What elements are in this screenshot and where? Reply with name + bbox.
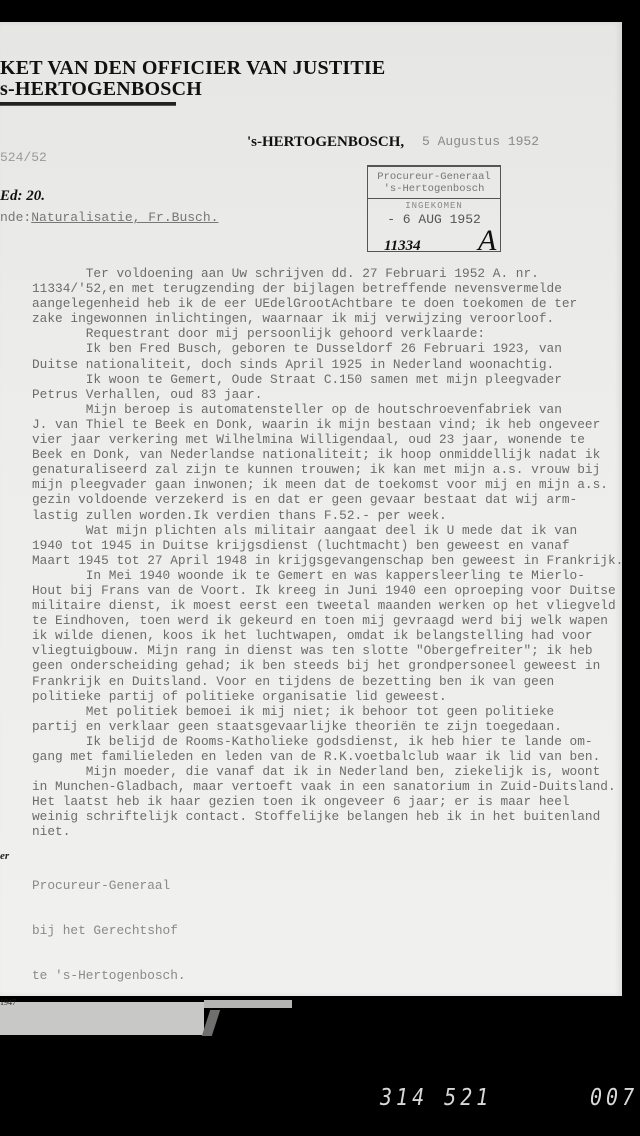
- body-line: Ter voldoening aan Uw schrijven dd. 27 F…: [32, 266, 612, 281]
- letterhead-underline: [0, 102, 176, 106]
- subject-text: Naturalisatie, Fr.Busch.: [31, 210, 218, 225]
- addressee-line: te 's-Hertogenbosch.: [32, 968, 186, 983]
- body-line: lastig zullen worden.Ik verdien thans F.…: [32, 508, 612, 523]
- stamp-handwritten-number: 11334: [384, 238, 421, 255]
- body-line: zake ingewonnen inlichtingen, waarnaar i…: [32, 311, 612, 326]
- body-line: in Munchen-Gladbach, maar vertoeft vaak …: [32, 779, 612, 794]
- body-line: Ik woon te Gemert, Oude Straat C.150 sam…: [32, 372, 612, 387]
- letter-place: 's-HERTOGENBOSCH,: [247, 134, 404, 151]
- body-line: mijn pleegvader gaan inwonen; ik meen da…: [32, 477, 612, 492]
- body-line: J. van Thiel te Beek en Donk, waarin ik …: [32, 417, 612, 432]
- body-line: Maart 1945 tot 27 April 1948 in krijgsge…: [32, 553, 612, 568]
- body-line: weinig schriftelijk contact. Stoffelijke…: [32, 809, 612, 824]
- body-line: In Mei 1940 woonde ik te Gemert en was k…: [32, 568, 612, 583]
- addressee-line: bij het Gerechtshof: [32, 923, 186, 938]
- form-year: 1947: [0, 998, 16, 1007]
- body-line: geen onderscheiding gehad; ik ben steeds…: [32, 658, 612, 673]
- body-line: partij en verklaar geen staatsgevaarlijk…: [32, 719, 612, 734]
- body-line: Het laatst heb ik haar gezien toen ik on…: [32, 794, 612, 809]
- body-line: Requestrant door mij persoonlijk gehoord…: [32, 326, 612, 341]
- body-line: Wat mijn plichten als militair aangaat d…: [32, 523, 612, 538]
- subject-prefix: nde:: [0, 210, 31, 225]
- addressee-block: Procureur-Generaal bij het Gerechtshof t…: [32, 848, 186, 998]
- letter-body: Ter voldoening aan Uw schrijven dd. 27 F…: [32, 266, 612, 840]
- stamp-received-label: INGEKOMEN: [368, 201, 500, 211]
- microfilm-counter: 314 521: [380, 1083, 492, 1111]
- body-line: aangelegenheid heb ik de eer UEdelGrootA…: [32, 296, 612, 311]
- body-line: Duitse nationaliteit, doch sinds April 1…: [32, 357, 612, 372]
- addressee-line: Procureur-Generaal: [32, 878, 186, 893]
- body-line: Petrus Verhallen, oud 83 jaar.: [32, 387, 612, 402]
- body-line: genaturaliseerd zal zijn te kunnen trouw…: [32, 462, 612, 477]
- stamp-initials-signature: A: [478, 224, 496, 258]
- body-line: 11334/'52,en met terugzending der bijlag…: [32, 281, 612, 296]
- body-line: Mijn moeder, die vanaf dat ik in Nederla…: [32, 764, 612, 779]
- letter-date: 5 Augustus 1952: [422, 134, 539, 149]
- stamp-office: Procureur-Generaal: [368, 171, 500, 183]
- body-line: Ik ben Fred Busch, geboren te Dusseldorf…: [32, 341, 612, 356]
- body-line: te Eindhoven, toen werd ik gekeurd en to…: [32, 613, 612, 628]
- letterhead-line-2: s-HERTOGENBOSCH: [0, 78, 202, 101]
- page-fold-shadow: [202, 1010, 220, 1036]
- subject-line: nde:Naturalisatie, Fr.Busch.: [0, 210, 218, 225]
- stamp-city: 's-Hertogenbosch: [368, 183, 500, 195]
- body-line: vier jaar verkering met Wilhelmina Willi…: [32, 432, 612, 447]
- body-line: gang met familieleden en leden van de R.…: [32, 749, 612, 764]
- body-line: vliegtuigbouw. Mijn rang in dienst was t…: [32, 643, 612, 658]
- body-line: Ik belijd de Rooms-Katholieke godsdienst…: [32, 734, 612, 749]
- body-line: 1940 tot 1945 in Duitse krijgsdienst (lu…: [32, 538, 612, 553]
- body-line: gezin voldoende verzekerd is en dat er g…: [32, 492, 612, 507]
- body-line: Met politiek bemoei ik mij niet; ik beho…: [32, 704, 612, 719]
- body-line: Frankrijk en Duitsland. Voor en tijdens …: [32, 674, 612, 689]
- body-line: Hout bij Frans van de Voort. Ik kreeg in…: [32, 583, 612, 598]
- body-line: Beek en Donk, van Nederlandse nationalit…: [32, 447, 612, 462]
- microfilm-frame-number: 007: [590, 1083, 638, 1111]
- letterhead-line-1: KET VAN DEN OFFICIER VAN JUSTITIE: [0, 57, 385, 80]
- reference-number: 524/52: [0, 150, 47, 165]
- underlying-page-edge-2: [204, 1000, 292, 1008]
- underlying-page-edge: [0, 1002, 204, 1035]
- body-line: Mijn beroep is automatensteller op de ho…: [32, 402, 612, 417]
- body-line: ik wilde dienen, koos ik het luchtwapen,…: [32, 628, 612, 643]
- body-line: militaire dienst, ik moest eerst een twe…: [32, 598, 612, 613]
- body-line: politieke partij of politieke organisati…: [32, 689, 612, 704]
- stamp-divider: [368, 198, 500, 199]
- handwritten-reference: Ed: 20.: [0, 188, 45, 205]
- body-line: niet.: [32, 824, 612, 839]
- addressee-label: er: [0, 850, 9, 862]
